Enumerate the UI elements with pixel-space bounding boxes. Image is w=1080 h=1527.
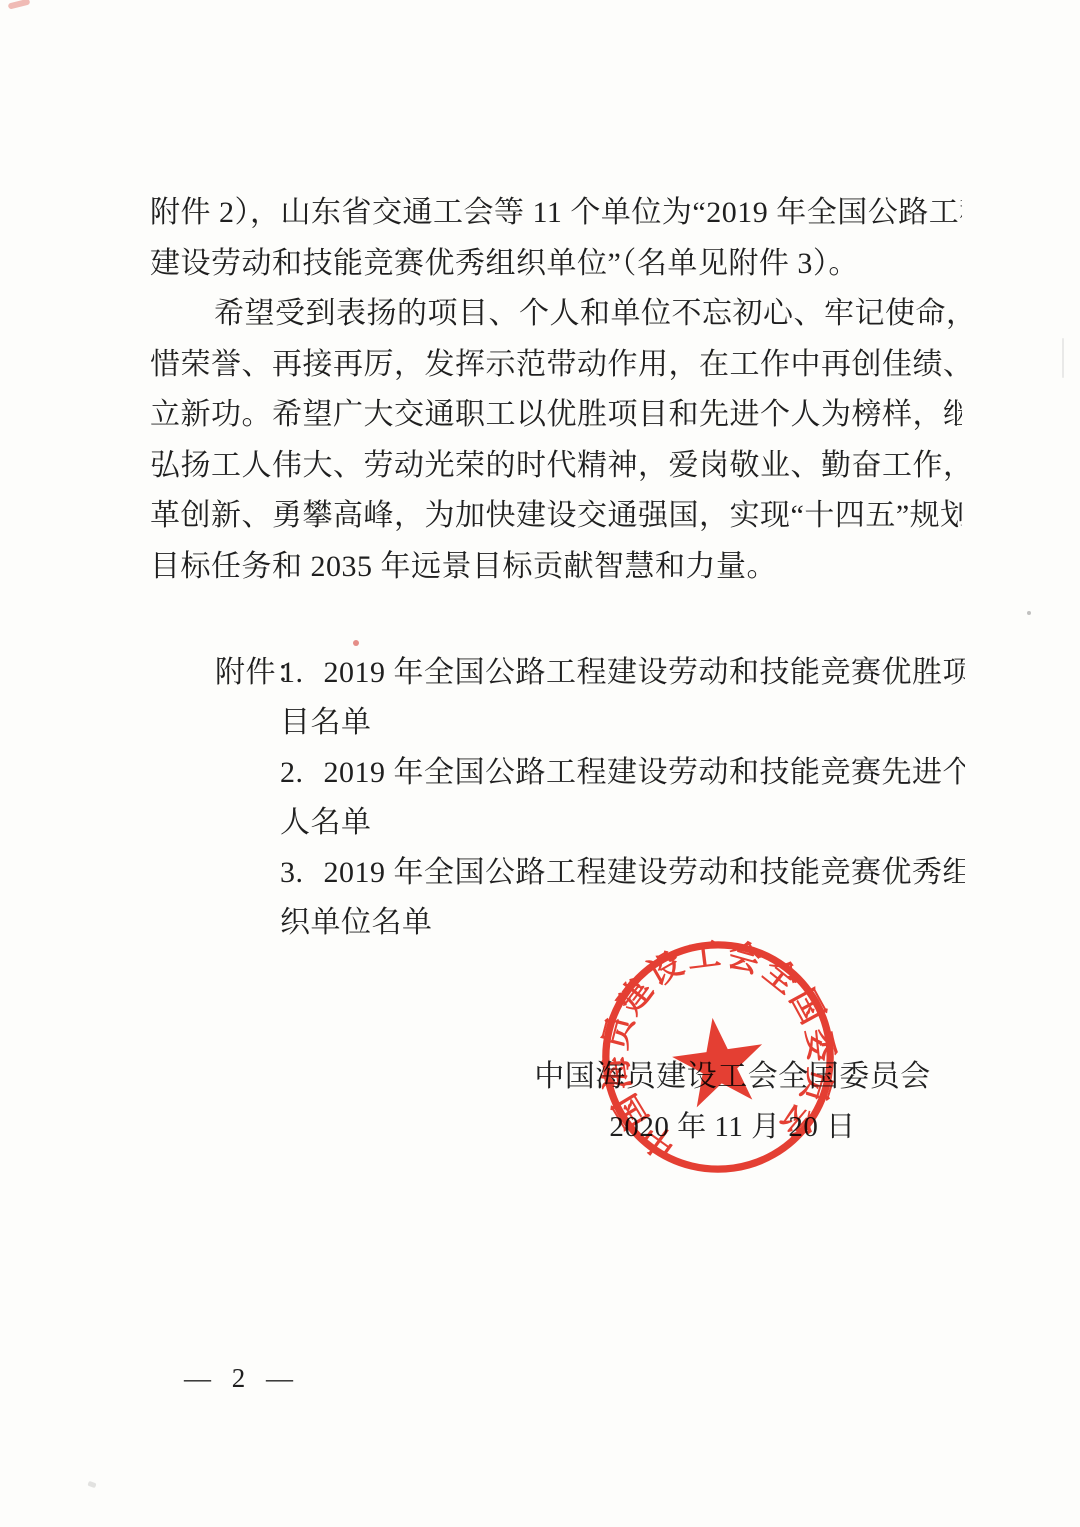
attachments-label: 附件：: [215, 648, 280, 698]
attachment-item-number: 1.: [280, 648, 304, 698]
body-line-paragraph-start: 希望受到表扬的项目、个人和单位不忘初心、牢记使命，珍: [150, 289, 962, 340]
scan-artifact-corner-mark: [8, 0, 31, 10]
attachments-block: 附件： 1.2019 年全国公路工程建设劳动和技能竞赛优胜项 目名单 2.201…: [215, 648, 965, 948]
seal-star-icon: [668, 1012, 770, 1110]
attachments-items: 1.2019 年全国公路工程建设劳动和技能竞赛优胜项 目名单 2.2019 年全…: [280, 648, 965, 948]
scan-artifact-red-dot: [353, 640, 359, 646]
body-line: 附件 2），山东省交通工会等 11 个单位为“2019 年全国公路工程: [150, 188, 962, 239]
attachment-item-1: 1.2019 年全国公路工程建设劳动和技能竞赛优胜项 目名单: [280, 648, 965, 748]
attachment-item-2: 2.2019 年全国公路工程建设劳动和技能竞赛先进个 人名单: [280, 748, 965, 848]
document-page: 附件 2），山东省交通工会等 11 个单位为“2019 年全国公路工程 建设劳动…: [0, 0, 1080, 1527]
attachment-item-line: 1.2019 年全国公路工程建设劳动和技能竞赛优胜项: [280, 648, 965, 698]
attachment-item-line: 3.2019 年全国公路工程建设劳动和技能竞赛优秀组: [280, 848, 965, 898]
attachment-item-number: 2.: [280, 748, 304, 798]
scan-artifact-edge-line: [1062, 338, 1064, 378]
attachment-item-line: 2.2019 年全国公路工程建设劳动和技能竞赛先进个: [280, 748, 965, 798]
attachment-item-continuation: 人名单: [280, 798, 965, 848]
body-line: 立新功。希望广大交通职工以优胜项目和先进个人为榜样，继续: [150, 390, 962, 441]
body-line: 目标任务和 2035 年远景目标贡献智慧和力量。: [150, 542, 962, 593]
attachment-item-text: 2019 年全国公路工程建设劳动和技能竞赛先进个: [324, 756, 966, 789]
attachment-item-text: 2019 年全国公路工程建设劳动和技能竞赛优秀组: [324, 856, 966, 889]
official-seal: 中国海员建设工会全国委员会: [566, 905, 871, 1210]
body-text-block: 附件 2），山东省交通工会等 11 个单位为“2019 年全国公路工程 建设劳动…: [150, 188, 962, 592]
page-number: — 2 —: [184, 1362, 300, 1394]
attachment-item-continuation: 目名单: [280, 698, 965, 748]
scan-artifact-gray-dot: [1027, 611, 1031, 615]
body-line: 建设劳动和技能竞赛优秀组织单位”（名单见附件 3）。: [150, 239, 962, 290]
body-line: 弘扬工人伟大、劳动光荣的时代精神，爱岗敬业、勤奋工作，改: [150, 441, 962, 492]
body-line: 惜荣誉、再接再厉，发挥示范带动作用，在工作中再创佳绩、再: [150, 340, 962, 391]
attachment-item-text: 2019 年全国公路工程建设劳动和技能竞赛优胜项: [324, 656, 966, 689]
attachment-item-number: 3.: [280, 848, 304, 898]
scan-artifact-gray-mark: [87, 1481, 96, 1488]
body-line: 革创新、勇攀高峰，为加快建设交通强国，实现“十四五”规划: [150, 491, 962, 542]
